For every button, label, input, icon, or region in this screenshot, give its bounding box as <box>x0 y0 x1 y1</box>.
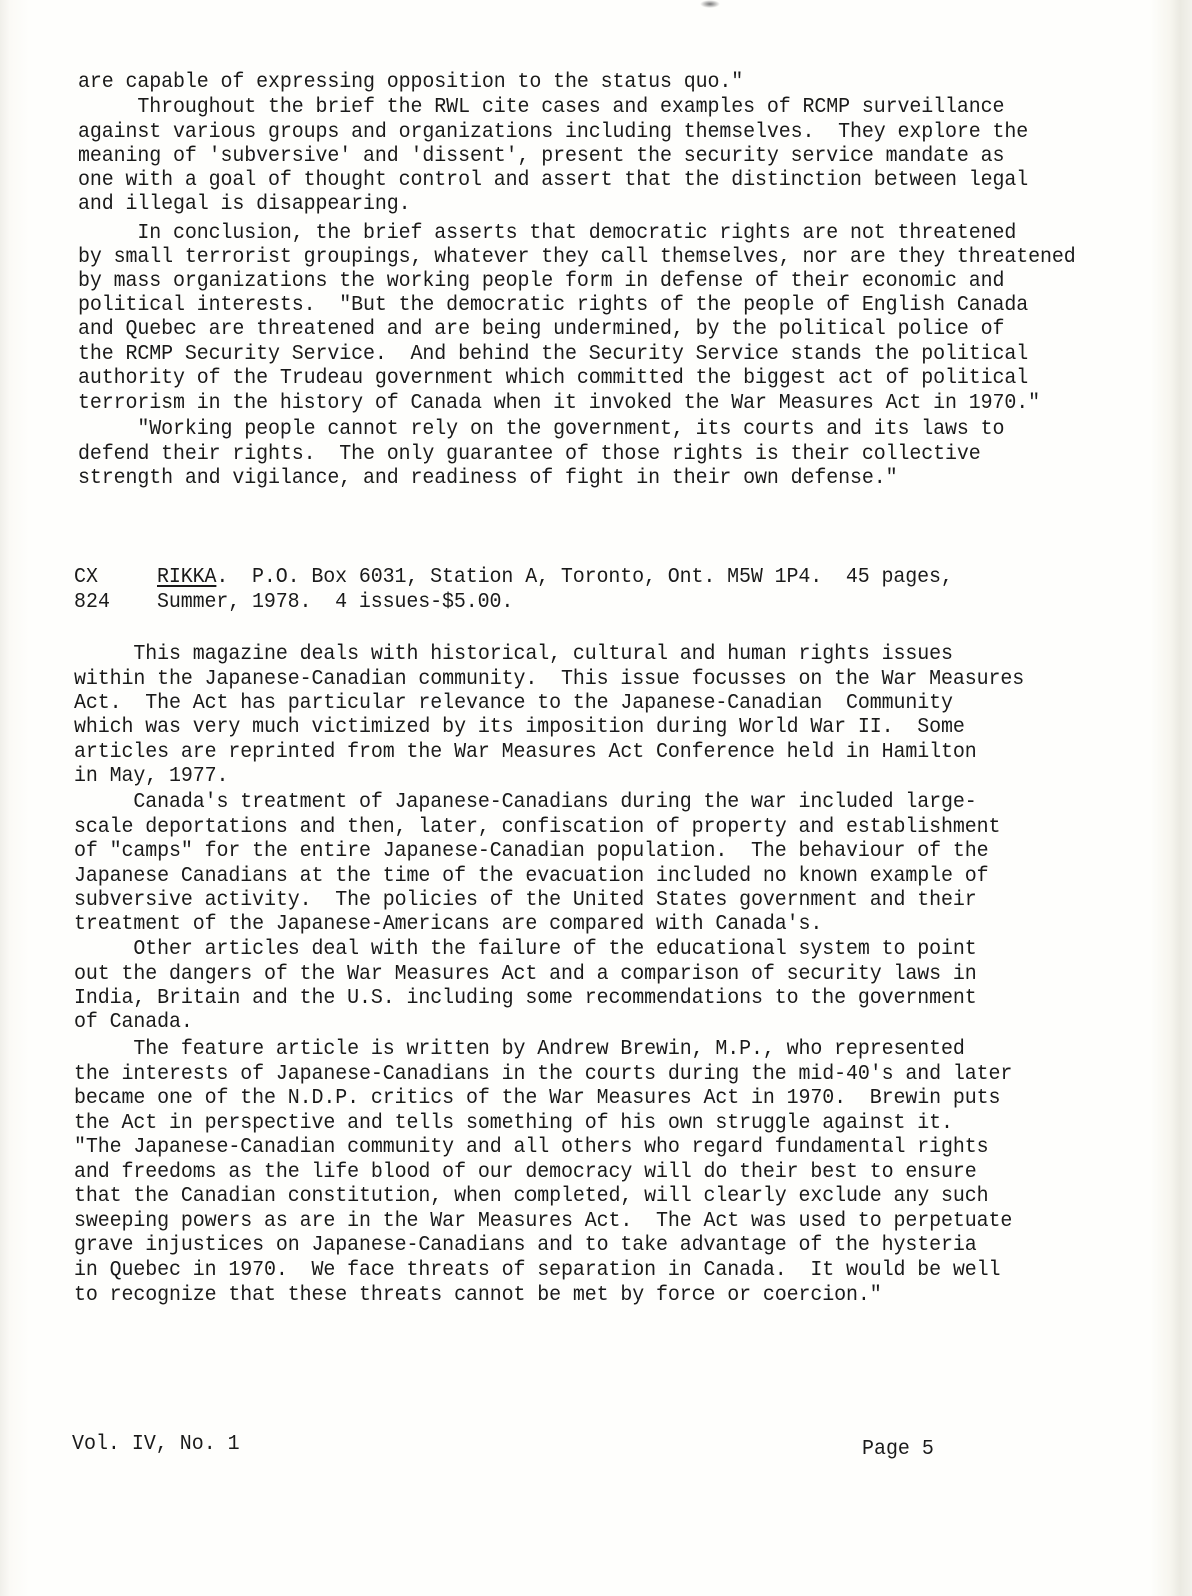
text-line: meaning of 'subversive' and 'dissent', p… <box>78 145 1004 169</box>
text-line: of "camps" for the entire Japanese-Canad… <box>74 840 989 864</box>
text-line: Japanese Canadians at the time of the ev… <box>74 865 989 889</box>
text-line: defend their rights. The only guarantee … <box>78 443 981 467</box>
text-line: and freedoms as the life blood of our de… <box>74 1161 977 1185</box>
text-line: strength and vigilance, and readiness of… <box>78 467 898 491</box>
text-line: out the dangers of the War Measures Act … <box>74 963 977 987</box>
text-line: within the Japanese-Canadian community. … <box>74 668 1024 692</box>
text-line: In conclusion, the brief asserts that de… <box>78 222 1016 246</box>
text-line: that the Canadian constitution, when com… <box>74 1185 989 1209</box>
text-line: Other articles deal with the failure of … <box>74 938 977 962</box>
text-line: Act. The Act has particular relevance to… <box>74 692 953 716</box>
text-line: which was very much victimized by its im… <box>74 716 965 740</box>
text-line: sweeping powers as are in the War Measur… <box>74 1210 1012 1234</box>
citation-address: . P.O. Box 6031, Station A, Toronto, Ont… <box>216 566 952 589</box>
text-line: in Quebec in 1970. We face threats of se… <box>74 1259 1000 1283</box>
text-line: treatment of the Japanese-Americans are … <box>74 913 822 937</box>
text-line: are capable of expressing opposition to … <box>78 71 743 95</box>
text-line: The feature article is written by Andrew… <box>74 1038 965 1062</box>
page-number: Page 5 <box>862 1438 934 1462</box>
text-line: terrorism in the history of Canada when … <box>78 392 1040 416</box>
text-line: subversive activity. The policies of the… <box>74 889 977 913</box>
scan-smudge <box>700 0 720 8</box>
text-line: "The Japanese-Canadian community and all… <box>74 1136 989 1160</box>
text-line: became one of the N.D.P. critics of the … <box>74 1087 1000 1111</box>
text-line: India, Britain and the U.S. including so… <box>74 987 977 1011</box>
text-line: against various groups and organizations… <box>78 121 1028 145</box>
text-line: articles are reprinted from the War Meas… <box>74 741 977 765</box>
text-line: the interests of Japanese-Canadians in t… <box>74 1063 1012 1087</box>
text-line: Canada's treatment of Japanese-Canadians… <box>74 791 977 815</box>
text-line: of Canada. <box>74 1011 193 1035</box>
text-line: the Act in perspective and tells somethi… <box>74 1112 953 1136</box>
text-line: by mass organizations the working people… <box>78 270 1004 294</box>
text-line: by small terrorist groupings, whatever t… <box>78 246 1076 270</box>
entry-code-number: 824 <box>74 591 110 615</box>
citation-line-2: Summer, 1978. 4 issues-$5.00. <box>157 591 513 615</box>
text-line: political interests. "But the democratic… <box>78 294 1028 318</box>
text-line: and illegal is disappearing. <box>78 193 411 217</box>
text-line: in May, 1977. <box>74 765 228 789</box>
citation-line-1: RIKKA. P.O. Box 6031, Station A, Toronto… <box>157 566 953 590</box>
text-line: one with a goal of thought control and a… <box>78 169 1028 193</box>
publication-title: RIKKA <box>157 566 216 589</box>
text-line: the RCMP Security Service. And behind th… <box>78 343 1028 367</box>
scanned-page: are capable of expressing opposition to … <box>0 0 1192 1596</box>
text-line: and Quebec are threatened and are being … <box>78 318 1004 342</box>
text-line: scale deportations and then, later, conf… <box>74 816 1000 840</box>
text-line: Throughout the brief the RWL cite cases … <box>78 96 1004 120</box>
volume-number: Vol. IV, No. 1 <box>72 1433 240 1457</box>
entry-code-prefix: CX <box>74 566 98 590</box>
text-line: to recognize that these threats cannot b… <box>74 1284 882 1308</box>
text-line: authority of the Trudeau government whic… <box>78 367 1028 391</box>
text-line: "Working people cannot rely on the gover… <box>78 418 1004 442</box>
text-line: This magazine deals with historical, cul… <box>74 643 953 667</box>
text-line: grave injustices on Japanese-Canadians a… <box>74 1234 977 1258</box>
